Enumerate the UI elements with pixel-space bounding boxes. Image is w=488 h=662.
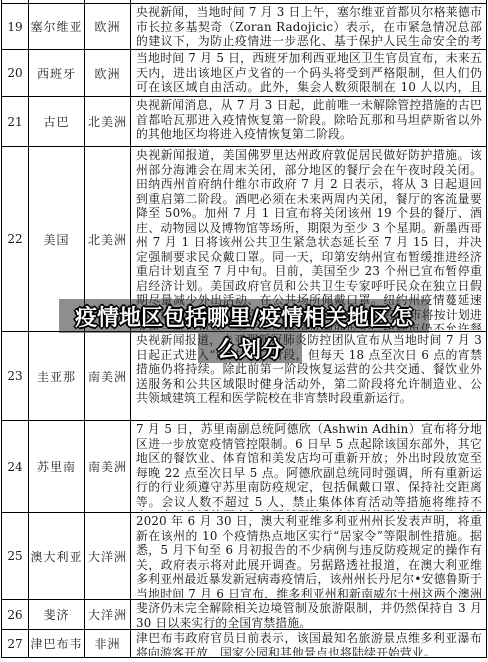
description-text: 7 月 5 日，苏里南副总统阿德欣（Ashwin Adhin）宣布将分地区进一步…	[136, 422, 482, 511]
table-row: 19 塞尔维亚 欧洲 央视新闻，当地时间 7 月 3 日上午，塞尔维亚首都贝尔格…	[2, 4, 487, 50]
country-cell: 津巴布韦	[29, 630, 85, 658]
description-cell: 央视新闻，当地时间 7 月 3 日上午，塞尔维亚首都贝尔格莱德市市长拉多基契奇（…	[131, 4, 487, 50]
description-cell: 7 月 5 日，苏里南副总统阿德欣（Ashwin Adhin）宣布将分地区进一步…	[131, 421, 487, 513]
country-cell: 美国	[29, 147, 85, 332]
description-text: 2020 年 6 月 30 日，澳大利亚维多利亚州州长发表声明，将重新在该州的 …	[136, 514, 482, 598]
row-number-cell: 21	[2, 97, 29, 147]
continent-cell: 北美洲	[85, 147, 131, 332]
country-cell: 西班牙	[29, 50, 85, 97]
continent-cell: 大洋洲	[85, 600, 131, 630]
row-number-cell: 22	[2, 147, 29, 332]
continent-cell: 非洲	[85, 630, 131, 658]
description-cell: 津巴布韦政府官员日前表示，该国最知名旅游景点维多利亚瀑布将向游客开放，国家公园和…	[131, 630, 487, 658]
description-text: 津巴布韦政府官员日前表示，该国最知名旅游景点维多利亚瀑布将向游客开放，国家公园和…	[136, 631, 482, 656]
table-row: 24 苏里南 南美洲 7 月 5 日，苏里南副总统阿德欣（Ashwin Adhi…	[2, 421, 487, 513]
table-row: 20 西班牙 欧洲 当地时间 7 月 5 日，西班牙加利西亚地区卫生官员宣布，未…	[2, 50, 487, 97]
description-cell: 央视新闻消息，从 7 月 3 日起，此前唯一未解除管控措施的古巴首都哈瓦那进入疫…	[131, 97, 487, 147]
table-row: 25 澳大利亚 大洋洲 2020 年 6 月 30 日，澳大利亚维多利亚州州长发…	[2, 513, 487, 600]
row-number-cell: 25	[2, 513, 29, 600]
continent-cell: 南美洲	[85, 421, 131, 513]
row-number-cell: 23	[2, 332, 29, 421]
country-cell: 塞尔维亚	[29, 4, 85, 50]
covid-regions-table: 19 塞尔维亚 欧洲 央视新闻，当地时间 7 月 3 日上午，塞尔维亚首都贝尔格…	[1, 0, 487, 658]
description-cell: 斐济仍未完全解除相关边境管制及旅游限制，并仍然保持自 3 月 30 日以来实行的…	[131, 600, 487, 630]
description-text: 斐济仍未完全解除相关边境管制及旅游限制，并仍然保持自 3 月 30 日以来实行的…	[136, 601, 482, 628]
description-text: 当地时间 7 月 5 日，西班牙加利西亚地区卫生官员宣布，未来五天内，进出该地区…	[136, 51, 482, 95]
continent-cell: 大洋洲	[85, 513, 131, 600]
table-row: 22 美国 北美洲 央视新闻报道，美国佛罗里达州政府敦促居民做好防护措施。该州部…	[2, 147, 487, 332]
row-number-cell: 27	[2, 630, 29, 658]
continent-cell: 北美洲	[85, 97, 131, 147]
country-cell: 圭亚那	[29, 332, 85, 421]
continent-cell: 欧洲	[85, 4, 131, 50]
description-cell: 央视新闻报道，圭亚那新冠肺炎防控团队宣布从当地时间 7 月 3 日起正式进入“解…	[131, 332, 487, 421]
row-number-cell: 24	[2, 421, 29, 513]
continent-cell: 南美洲	[85, 332, 131, 421]
description-text: 央视新闻消息，从 7 月 3 日起，此前唯一未解除管控措施的古巴首都哈瓦那进入疫…	[136, 98, 482, 145]
country-cell: 斐济	[29, 600, 85, 630]
description-cell: 央视新闻报道，美国佛罗里达州政府敦促居民做好防护措施。该州部分海滩会在周末关闭，…	[131, 147, 487, 332]
table-row: 23 圭亚那 南美洲 央视新闻报道，圭亚那新冠肺炎防控团队宣布从当地时间 7 月…	[2, 332, 487, 421]
table-row: 27 津巴布韦 非洲 津巴布韦政府官员日前表示，该国最知名旅游景点维多利亚瀑布将…	[2, 630, 487, 658]
table-row: 21 古巴 北美洲 央视新闻消息，从 7 月 3 日起，此前唯一未解除管控措施的…	[2, 97, 487, 147]
row-number-cell: 19	[2, 4, 29, 50]
country-cell: 苏里南	[29, 421, 85, 513]
description-cell: 当地时间 7 月 5 日，西班牙加利西亚地区卫生官员宣布，未来五天内，进出该地区…	[131, 50, 487, 97]
description-cell: 2020 年 6 月 30 日，澳大利亚维多利亚州州长发表声明，将重新在该州的 …	[131, 513, 487, 600]
table-body: 19 塞尔维亚 欧洲 央视新闻，当地时间 7 月 3 日上午，塞尔维亚首都贝尔格…	[2, 0, 487, 658]
row-number-cell: 26	[2, 600, 29, 630]
continent-cell: 欧洲	[85, 50, 131, 97]
row-number-cell: 20	[2, 50, 29, 97]
description-text: 央视新闻，当地时间 7 月 3 日上午，塞尔维亚首都贝尔格莱德市市长拉多基契奇（…	[136, 5, 482, 48]
table-row: 26 斐济 大洋洲 斐济仍未完全解除相关边境管制及旅游限制，并仍然保持自 3 月…	[2, 600, 487, 630]
country-cell: 古巴	[29, 97, 85, 147]
description-text: 央视新闻报道，圭亚那新冠肺炎防控团队宣布从当地时间 7 月 3 日起正式进入“解…	[136, 333, 482, 419]
country-cell: 澳大利亚	[29, 513, 85, 600]
description-text: 央视新闻报道，美国佛罗里达州政府敦促居民做好防护措施。该州部分海滩会在周末关闭，…	[136, 148, 482, 330]
article-screenshot: 19 塞尔维亚 欧洲 央视新闻，当地时间 7 月 3 日上午，塞尔维亚首都贝尔格…	[0, 0, 488, 662]
